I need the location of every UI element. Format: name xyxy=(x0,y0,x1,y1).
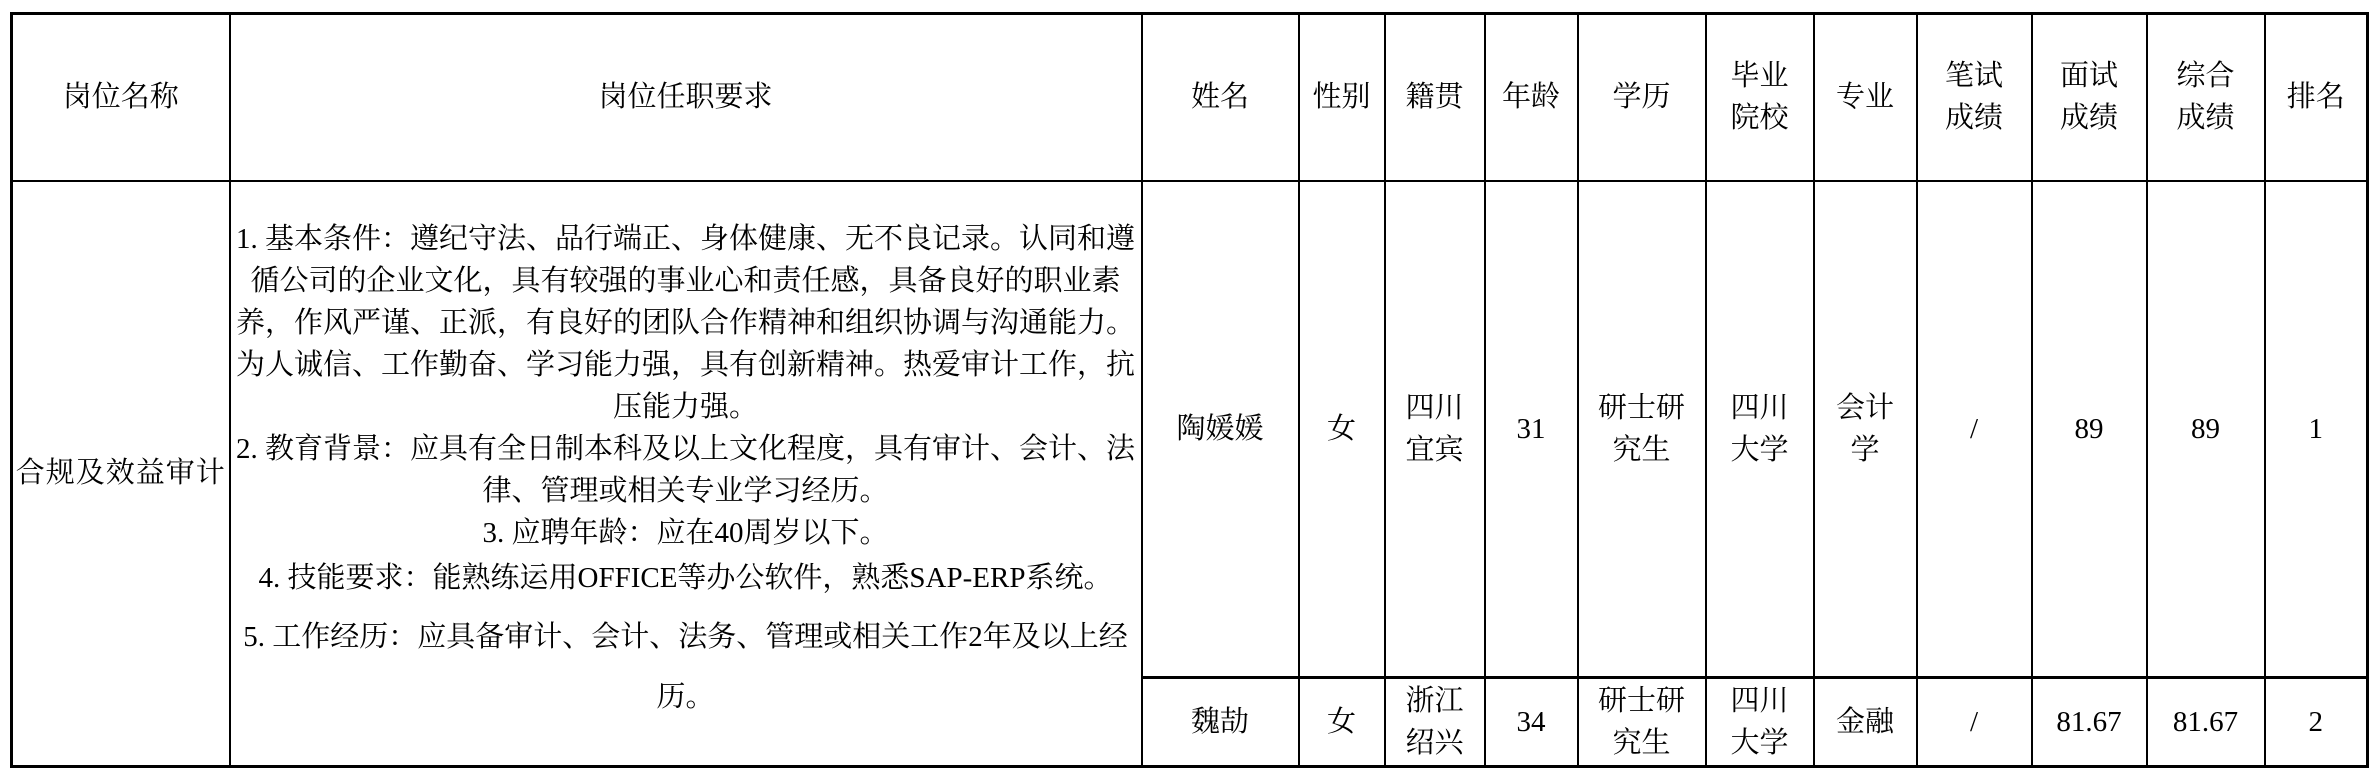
requirements-cell: 1. 基本条件：遵纪守法、品行端正、身体健康、无不良记录。认同和遵循公司的企业文… xyxy=(230,181,1142,767)
table-header-row: 岗位名称 岗位任职要求 姓名 性别 籍贯 年龄 学历 毕业院校 专业 笔试成绩 … xyxy=(12,14,2368,181)
header-overall-score-label: 综合成绩 xyxy=(2177,55,2235,139)
education-cell: 研士研究生 xyxy=(1578,678,1706,767)
requirement-item-4: 4. 技能要求：能熟练运用OFFICE等办公软件，熟悉SAP-ERP系统。 xyxy=(231,557,1141,599)
header-school: 毕业院校 xyxy=(1706,14,1814,181)
education-value: 研士研究生 xyxy=(1598,387,1685,471)
header-position-label: 岗位名称 xyxy=(63,81,179,113)
major-value: 会计学 xyxy=(1836,387,1894,471)
rank-cell: 2 xyxy=(2265,678,2368,767)
document-page: 岗位名称 岗位任职要求 姓名 性别 籍贯 年龄 学历 毕业院校 专业 笔试成绩 … xyxy=(0,0,2378,777)
header-position: 岗位名称 xyxy=(12,14,230,181)
overall-score-cell: 81.67 xyxy=(2147,678,2265,767)
header-rank: 排名 xyxy=(2265,14,2368,181)
native-place-cell: 浙江绍兴 xyxy=(1385,678,1485,767)
gender-cell: 女 xyxy=(1299,181,1385,678)
header-major-label: 专业 xyxy=(1836,81,1894,113)
gender-cell: 女 xyxy=(1299,678,1385,767)
written-score-cell: / xyxy=(1917,181,2032,678)
header-interview-score: 面试成绩 xyxy=(2032,14,2147,181)
header-gender-label: 性别 xyxy=(1312,81,1370,113)
header-age-label: 年龄 xyxy=(1502,81,1560,113)
education-value: 研士研究生 xyxy=(1598,680,1685,764)
age-cell: 34 xyxy=(1485,678,1578,767)
education-cell: 研士研究生 xyxy=(1578,181,1706,678)
header-overall-score: 综合成绩 xyxy=(2147,14,2265,181)
native-place-cell: 四川宜宾 xyxy=(1385,181,1485,678)
header-school-label: 毕业院校 xyxy=(1731,55,1789,139)
interview-score-cell: 81.67 xyxy=(2032,678,2147,767)
interview-score-cell: 89 xyxy=(2032,181,2147,678)
requirement-item-1: 1. 基本条件：遵纪守法、品行端正、身体健康、无不良记录。认同和遵循公司的企业文… xyxy=(231,218,1141,428)
major-cell: 会计学 xyxy=(1814,181,1917,678)
requirement-item-2: 2. 教育背景：应具有全日制本科及以上文化程度，具有审计、会计、法律、管理或相关… xyxy=(231,428,1141,512)
header-name-label: 姓名 xyxy=(1191,81,1249,113)
header-interview-score-label: 面试成绩 xyxy=(2060,55,2118,139)
header-native-place-label: 籍贯 xyxy=(1405,81,1463,113)
major-value: 金融 xyxy=(1836,701,1894,743)
candidate-row-1: 合规及效益审计 1. 基本条件：遵纪守法、品行端正、身体健康、无不良记录。认同和… xyxy=(12,181,2368,678)
position-name-cell: 合规及效益审计 xyxy=(12,181,230,767)
header-major: 专业 xyxy=(1814,14,1917,181)
header-written-score: 笔试成绩 xyxy=(1917,14,2032,181)
header-rank-label: 排名 xyxy=(2287,81,2345,113)
header-gender: 性别 xyxy=(1299,14,1385,181)
school-value: 四川大学 xyxy=(1731,387,1789,471)
header-written-score-label: 笔试成绩 xyxy=(1945,55,2003,139)
name-cell: 魏劼 xyxy=(1142,678,1299,767)
header-name: 姓名 xyxy=(1142,14,1299,181)
requirement-item-3: 3. 应聘年龄：应在40周岁以下。 xyxy=(231,512,1141,554)
header-age: 年龄 xyxy=(1485,14,1578,181)
native-place-value: 浙江绍兴 xyxy=(1406,680,1464,764)
header-native-place: 籍贯 xyxy=(1385,14,1485,181)
school-cell: 四川大学 xyxy=(1706,181,1814,678)
name-cell: 陶媛媛 xyxy=(1142,181,1299,678)
major-cell: 金融 xyxy=(1814,678,1917,767)
school-cell: 四川大学 xyxy=(1706,678,1814,767)
header-requirements-label: 岗位任职要求 xyxy=(598,81,772,113)
recruitment-result-table: 岗位名称 岗位任职要求 姓名 性别 籍贯 年龄 学历 毕业院校 专业 笔试成绩 … xyxy=(10,12,2369,768)
header-education-label: 学历 xyxy=(1612,81,1670,113)
rank-cell: 1 xyxy=(2265,181,2368,678)
school-value: 四川大学 xyxy=(1731,680,1789,764)
header-requirements: 岗位任职要求 xyxy=(230,14,1142,181)
requirement-item-5: 5. 工作经历：应具备审计、会计、法务、管理或相关工作2年及以上经历。 xyxy=(231,607,1141,729)
overall-score-cell: 89 xyxy=(2147,181,2265,678)
native-place-value: 四川宜宾 xyxy=(1406,387,1464,471)
age-cell: 31 xyxy=(1485,181,1578,678)
header-education: 学历 xyxy=(1578,14,1706,181)
written-score-cell: / xyxy=(1917,678,2032,767)
